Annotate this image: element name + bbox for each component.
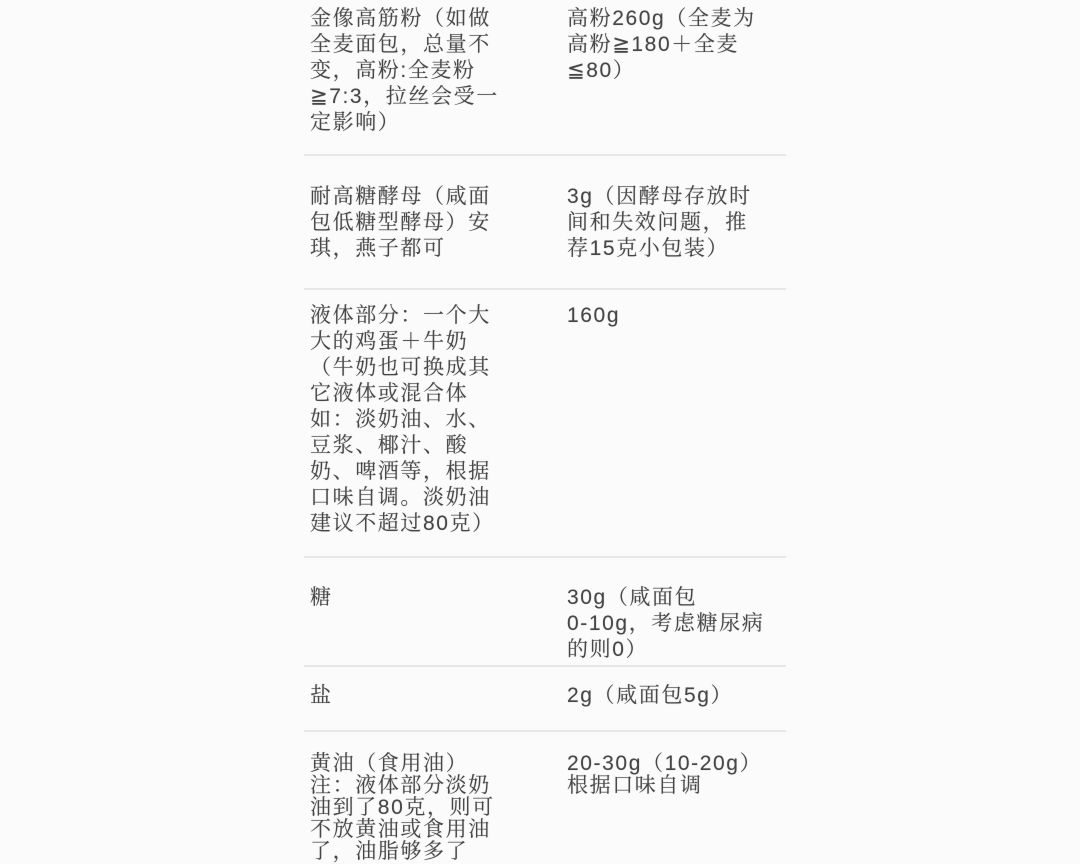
table-row-flour: 金像高筋粉（如做 全麦面包，总量不 变，高粉:全麦粉 ≧7:3，拉丝会受一 定影… bbox=[304, 0, 786, 156]
ingredient-amount: 20-30g（10-20g） 根据口味自调 bbox=[567, 753, 786, 797]
ingredient-amount: 3g（因酵母存放时 间和失效问题，推 荐15克小包装） bbox=[567, 184, 786, 262]
ingredients-table: 金像高筋粉（如做 全麦面包，总量不 变，高粉:全麦粉 ≧7:3，拉丝会受一 定影… bbox=[304, 0, 786, 863]
ingredient-name: 金像高筋粉（如做 全麦面包，总量不 变，高粉:全麦粉 ≧7:3，拉丝会受一 定影… bbox=[304, 6, 567, 136]
ingredient-amount: 160g bbox=[567, 303, 786, 329]
ingredient-name: 耐高糖酵母（咸面 包低糖型酵母）安 琪，燕子都可 bbox=[304, 184, 567, 262]
table-row-salt: 盐 2g（咸面包5g） bbox=[304, 667, 786, 732]
ingredient-name: 糖 bbox=[304, 585, 567, 611]
ingredient-amount: 30g（咸面包 0-10g，考虑糖尿病 的则0） bbox=[567, 585, 786, 663]
ingredient-name: 盐 bbox=[304, 683, 567, 709]
table-row-liquid: 液体部分：一个大 大的鸡蛋＋牛奶 （牛奶也可换成其 它液体或混合体 如：淡奶油、… bbox=[304, 290, 786, 558]
ingredient-amount: 高粉260g（全麦为 高粉≧180＋全麦 ≦80） bbox=[567, 6, 786, 84]
ingredient-amount: 2g（咸面包5g） bbox=[567, 683, 786, 709]
ingredient-name: 液体部分：一个大 大的鸡蛋＋牛奶 （牛奶也可换成其 它液体或混合体 如：淡奶油、… bbox=[304, 303, 567, 537]
table-row-yeast: 耐高糖酵母（咸面 包低糖型酵母）安 琪，燕子都可 3g（因酵母存放时 间和失效问… bbox=[304, 156, 786, 290]
table-row-butter: 黄油（食用油） 注：液体部分淡奶 油到了80克，则可 不放黄油或食用油 了，油脂… bbox=[304, 732, 786, 863]
table-row-sugar: 糖 30g（咸面包 0-10g，考虑糖尿病 的则0） bbox=[304, 558, 786, 667]
ingredient-name: 黄油（食用油） 注：液体部分淡奶 油到了80克，则可 不放黄油或食用油 了，油脂… bbox=[304, 753, 567, 863]
